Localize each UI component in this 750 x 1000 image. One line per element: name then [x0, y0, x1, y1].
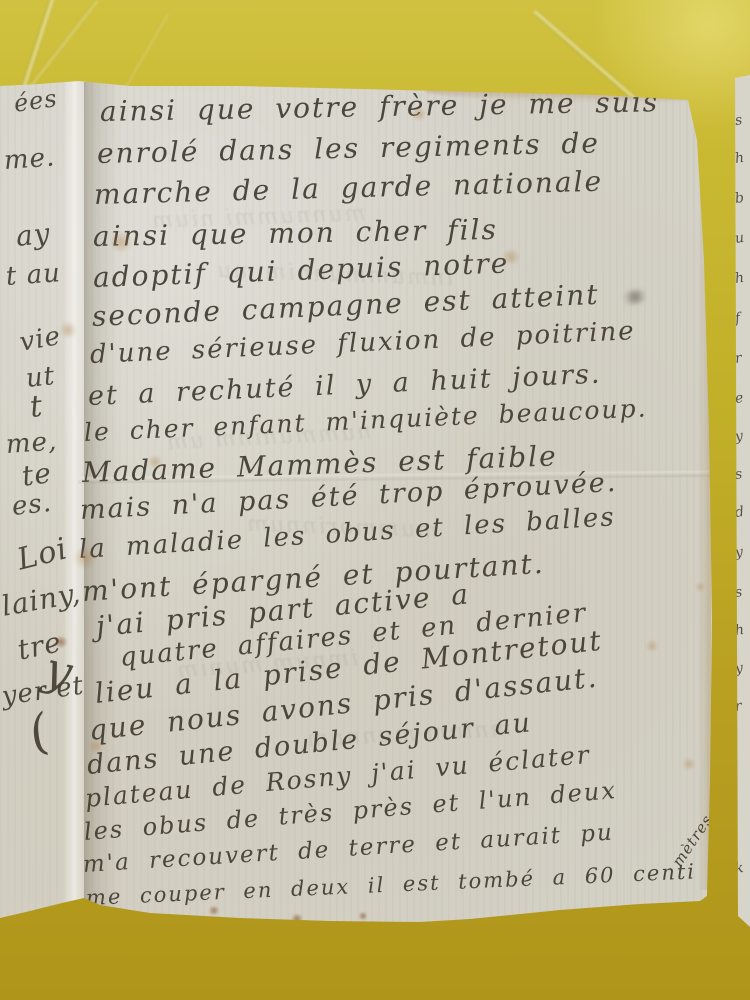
right-page-text-fragment: e — [734, 389, 750, 407]
letter-line: marche de la garde nationale — [94, 165, 604, 211]
letter-line: ainsi que mon cher fils — [93, 213, 498, 253]
left-page-text-fragment: ( — [21, 703, 57, 762]
fox-spot — [645, 640, 659, 652]
left-page-text-fragment: me, — [5, 426, 58, 460]
right-page-text-fragment: y — [734, 427, 750, 445]
fox-spot — [108, 232, 134, 252]
right-page-text-fragment: h — [734, 149, 750, 167]
left-page-text-fragment: ay — [14, 216, 52, 252]
fox-spot — [88, 740, 104, 752]
right-page-text-fragment: k — [734, 859, 750, 877]
right-page-text-fragment: r — [734, 697, 750, 715]
fox-spot — [208, 906, 220, 915]
left-page-text-fragment: me. — [3, 142, 56, 176]
left-page-text-fragment: t — [28, 389, 45, 425]
right-page-text-fragment: b — [734, 189, 750, 207]
right-page-text-fragment: s — [734, 583, 750, 601]
fox-spot — [695, 582, 705, 592]
fox-spot — [290, 914, 304, 924]
fox-spot — [146, 456, 164, 468]
left-page-text-fragment: vie — [17, 321, 63, 358]
photo-scene: munnummi nium inmummunnim mu nummuninm u… — [0, 0, 750, 1000]
fox-spot — [58, 322, 78, 338]
fox-spot — [682, 758, 696, 770]
fox-spot — [358, 912, 368, 920]
ink-smudge — [619, 287, 651, 307]
fox-spot — [72, 548, 98, 568]
aged-right-edge — [698, 130, 711, 890]
right-page-text-fragment: h — [734, 269, 750, 287]
left-page-text-fragment: es. — [10, 488, 53, 522]
right-page-text-fragment: u — [734, 229, 750, 247]
left-page-text-fragment: t au — [5, 258, 62, 292]
right-page-text-fragment: s — [734, 465, 750, 483]
right-page-text-fragment: s — [734, 111, 750, 129]
background-crease — [119, 13, 170, 97]
fox-spot — [566, 76, 578, 85]
fox-spot — [410, 108, 428, 120]
right-page-text-fragment: f — [734, 309, 750, 327]
right-page-text-fragment: y — [734, 543, 750, 561]
right-page-text-fragment: r — [734, 349, 750, 367]
left-page-text-fragment: ées — [12, 84, 59, 118]
right-page-text-fragment: h — [734, 621, 750, 639]
fox-spot — [54, 636, 68, 648]
letter-line: enrolé dans les regiments de — [97, 126, 601, 170]
folded-letter-sheet: munnummi nium inmummunnim mu nummuninm u… — [0, 0, 750, 1000]
right-page-text-fragment: d — [734, 503, 750, 521]
fox-spot — [500, 250, 522, 264]
right-page-text-fragment: y — [734, 659, 750, 677]
letter-line: ainsi que votre frère je me suis — [100, 85, 660, 128]
